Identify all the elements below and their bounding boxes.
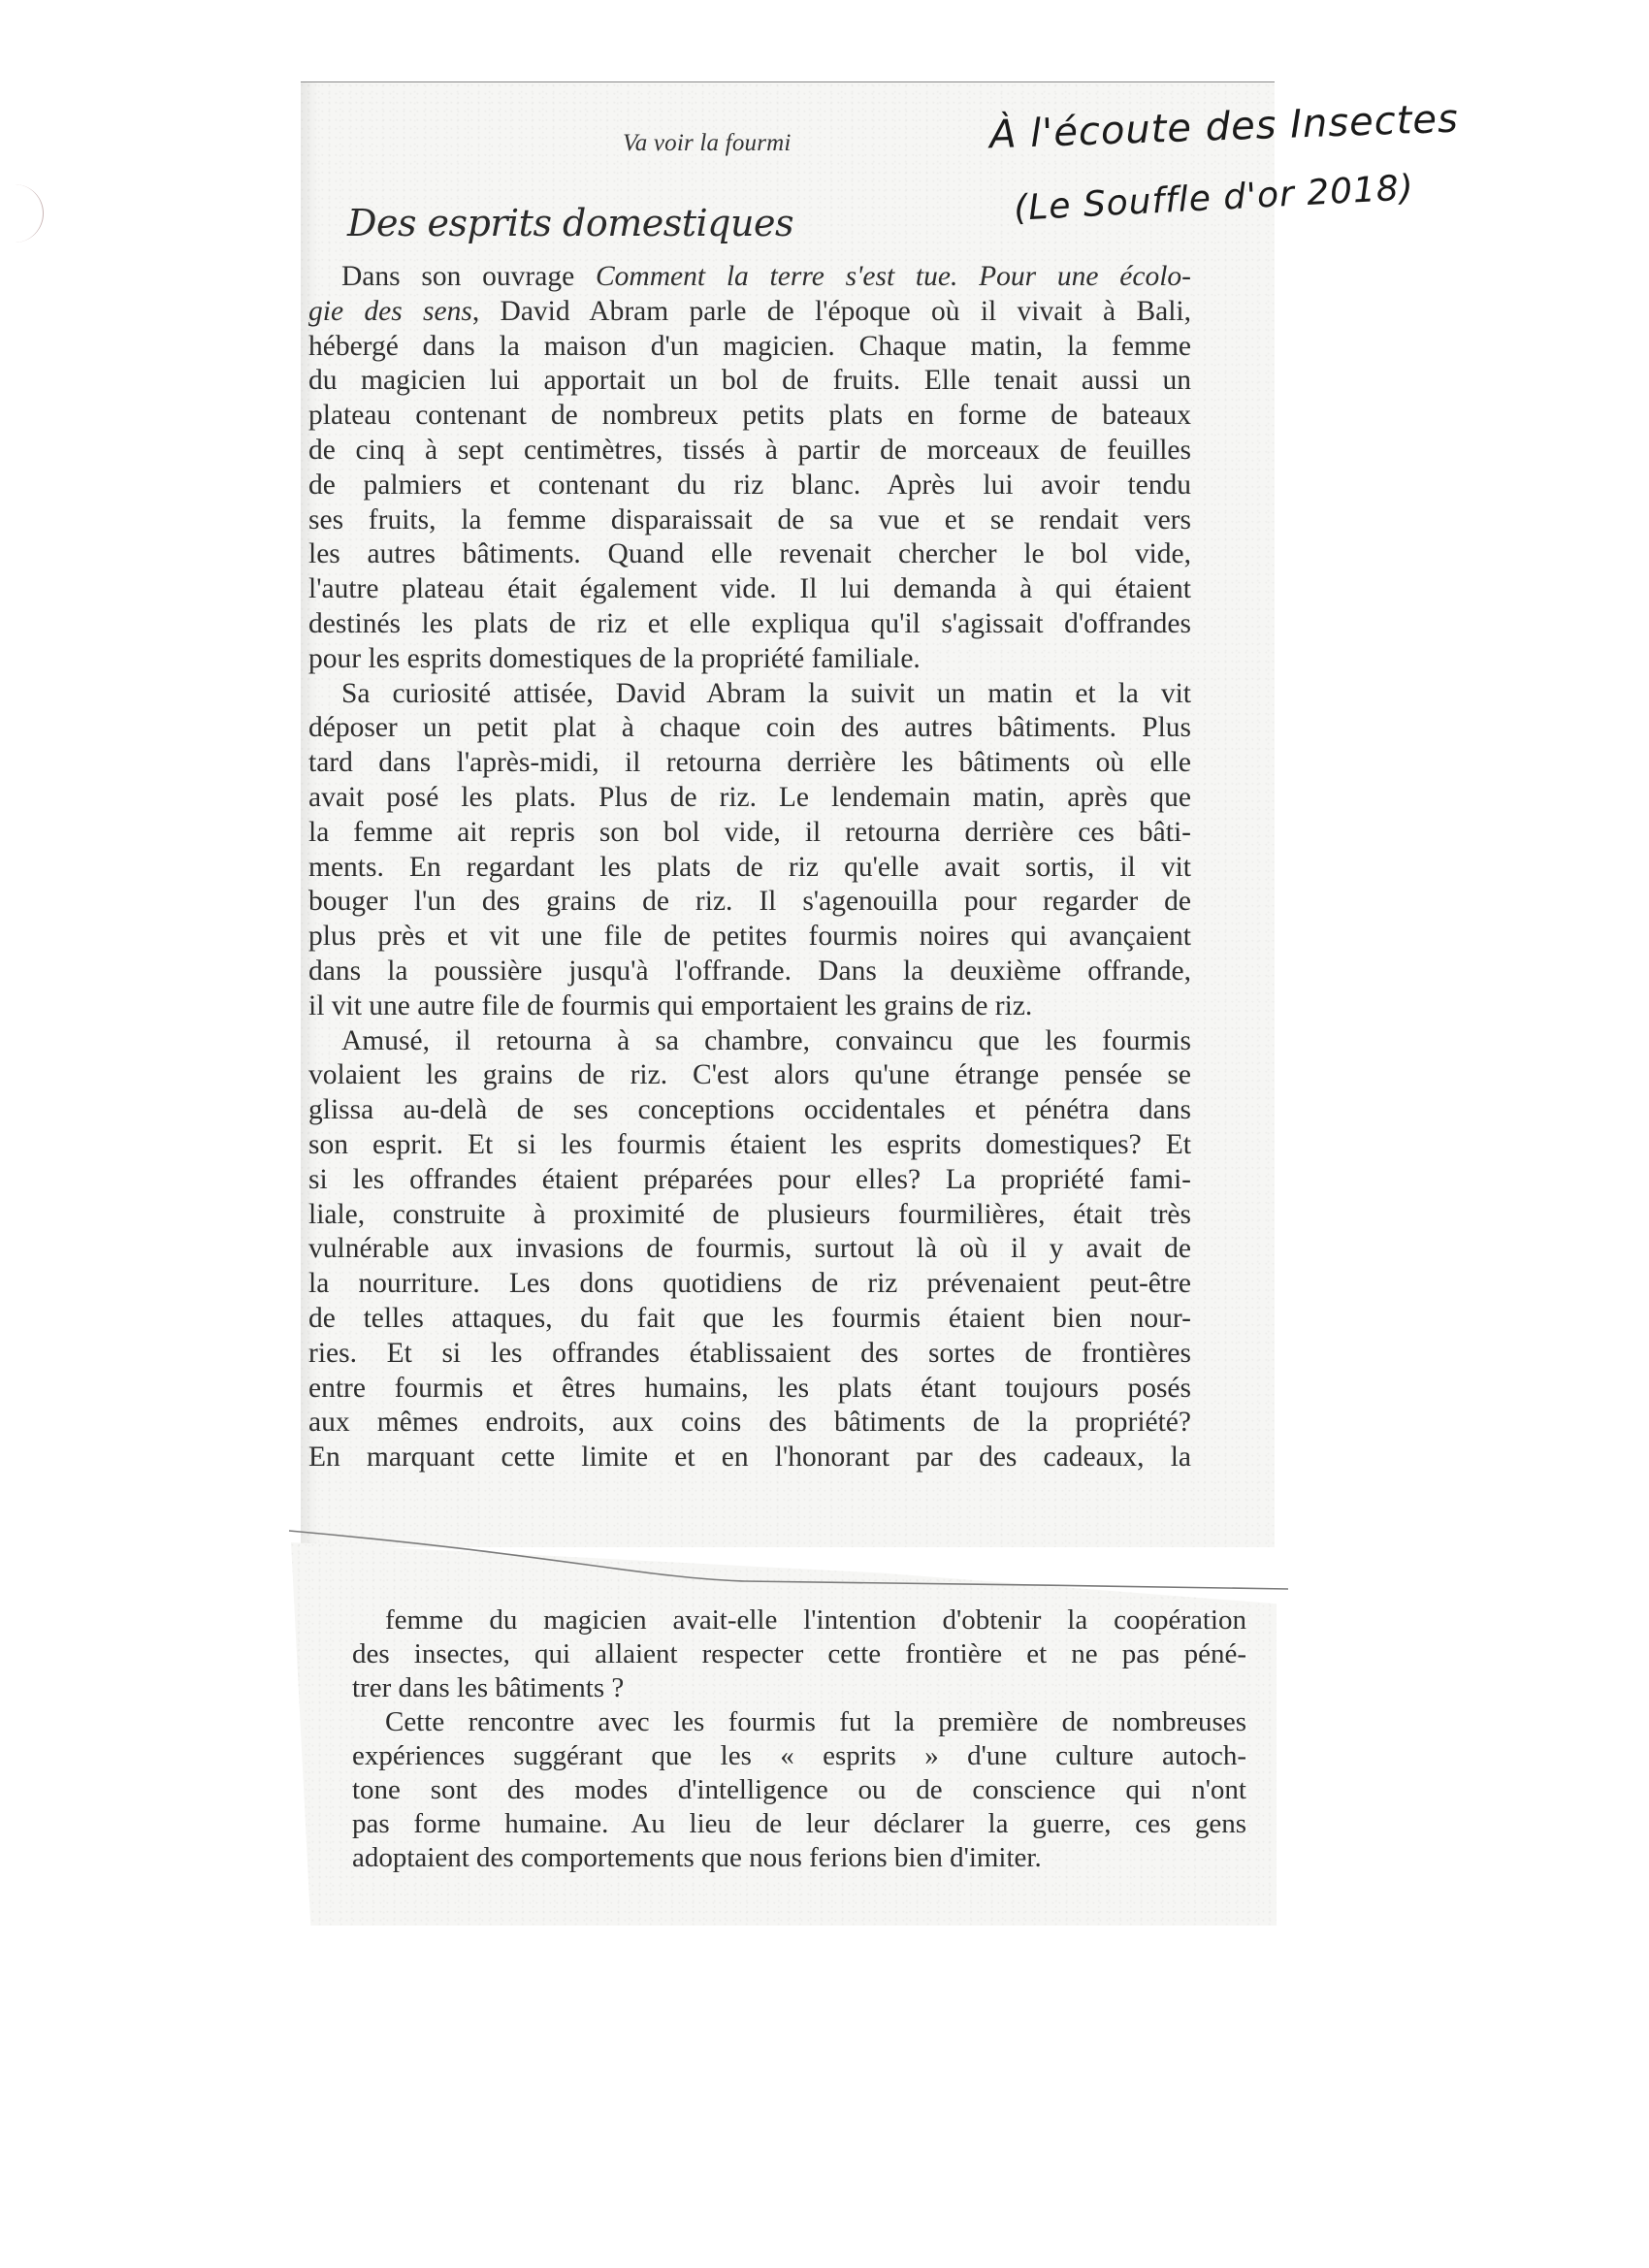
text-line: plateau contenant de nombreux petits pla… [308,399,1191,434]
text-line: tone sont des modes d'intelligence ou de… [352,1773,1246,1807]
text-line: destinés les plats de riz et elle expliq… [308,607,1191,642]
running-head: Va voir la fourmi [623,130,792,157]
text-line: pour les esprits domestiques de la propr… [308,642,1191,677]
text-line: Amusé, il retourna à sa chambre, convain… [308,1024,1191,1059]
text-line: les autres bâtiments. Quand elle revenai… [308,537,1191,572]
text-line: l'autre plateau était également vide. Il… [308,572,1191,607]
text-line: déposer un petit plat à chaque coin des … [308,711,1191,746]
body-text-top: Dans son ouvrage Comment la terre s'est … [308,260,1191,1475]
text-line: dans la poussière jusqu'à l'offrande. Da… [308,955,1191,989]
text-line: adoptaient des comportements que nous fe… [352,1841,1246,1875]
text-line: ses fruits, la femme disparaissait de sa… [308,503,1191,538]
text-line: tard dans l'après-midi, il retourna derr… [308,746,1191,781]
text-line: Dans son ouvrage Comment la terre s'est … [308,260,1191,295]
margin-bracket-mark [14,184,44,243]
text-line: gie des sens, David Abram parle de l'épo… [308,295,1191,330]
text-line: de palmiers et contenant du riz blanc. A… [308,469,1191,503]
text-line: Cette rencontre avec les fourmis fut la … [352,1705,1246,1739]
text-line: aux mêmes endroits, aux coins des bâtime… [308,1406,1191,1441]
text-line: expériences suggérant que les « esprits … [352,1739,1246,1773]
text-line: bouger l'un des grains de riz. Il s'agen… [308,885,1191,920]
section-title: Des esprits domestiques [347,202,793,244]
text-line: de telles attaques, du fait que les four… [308,1302,1191,1337]
text-line: femme du magicien avait-elle l'intention… [352,1604,1246,1637]
text-line: avait posé les plats. Plus de riz. Le le… [308,781,1191,816]
text-line: ments. En regardant les plats de riz qu'… [308,851,1191,886]
text-line: vulnérable aux invasions de fourmis, sur… [308,1232,1191,1267]
text-line: il vit une autre file de fourmis qui emp… [308,989,1191,1024]
text-line: la femme ait repris son bol vide, il ret… [308,816,1191,851]
text-line: glissa au-delà de ses conceptions occide… [308,1093,1191,1128]
text-line: pas forme humaine. Au lieu de leur décla… [352,1807,1246,1841]
text-line: volaient les grains de riz. C'est alors … [308,1058,1191,1093]
text-line: liale, construite à proximité de plusieu… [308,1198,1191,1233]
text-line: ries. Et si les offrandes établissaient … [308,1337,1191,1372]
clipping-cut-edge [260,1525,1288,1593]
text-line: plus près et vit une file de petites fou… [308,920,1191,955]
text-line: de cinq à sept centimètres, tissés à par… [308,434,1191,469]
text-line: du magicien lui apportait un bol de frui… [308,364,1191,399]
text-line: son esprit. Et si les fourmis étaient le… [308,1128,1191,1163]
text-line: trer dans les bâtiments ? [352,1671,1246,1705]
text-line: entre fourmis et êtres humains, les plat… [308,1372,1191,1407]
text-line: En marquant cette limite et en l'honoran… [308,1441,1191,1475]
text-line: hébergé dans la maison d'un magicien. Ch… [308,330,1191,365]
text-line: Sa curiosité attisée, David Abram la sui… [308,677,1191,712]
text-line: des insectes, qui allaient respecter cet… [352,1637,1246,1671]
text-line: la nourriture. Les dons quotidiens de ri… [308,1267,1191,1302]
body-text-bottom: femme du magicien avait-elle l'intention… [352,1604,1246,1875]
text-line: si les offrandes étaient préparées pour … [308,1163,1191,1198]
